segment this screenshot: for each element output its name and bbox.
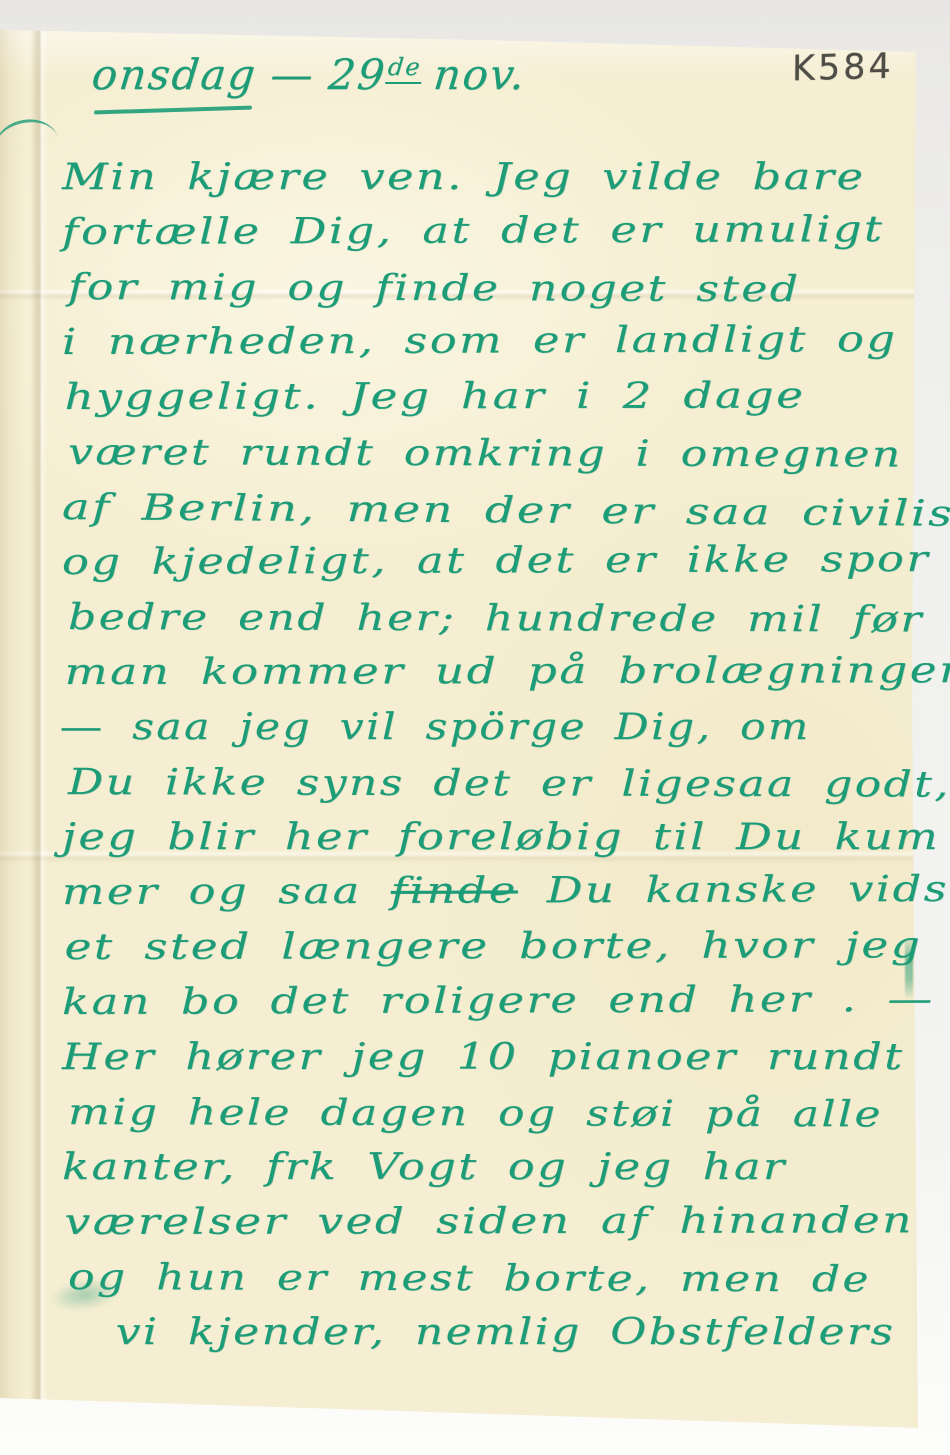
date-line: onsdag—29denov. — [89, 50, 529, 101]
letter-line: Du ikke syns det er ligesaa godt, — [68, 755, 950, 813]
letter-line: mer og saa finde Du kanske vidste — [62, 861, 950, 920]
date-number: 29 — [326, 50, 389, 99]
letter-line: i nærheden, som er landligt og — [62, 311, 950, 370]
letter-line: jeg blir her foreløbig til Du kum = — [62, 810, 950, 865]
letter-line: og hun er mest borte, men de — [68, 1250, 950, 1308]
date-month: nov. — [431, 50, 529, 99]
letter-line: Her hører jeg 10 pianoer rundt — [62, 1030, 950, 1085]
date-day: onsdag — [89, 50, 259, 101]
letter-line: hyggeligt. Jeg har i 2 dage — [64, 368, 950, 425]
date-ordinal-suffix: de — [385, 53, 424, 84]
letter-scan: K584 onsdag—29denov. Min kjære ven. Jeg … — [0, 0, 950, 1455]
catalog-number: K584 — [792, 47, 894, 90]
letter-line: Min kjære ven. Jeg vilde bare — [62, 150, 950, 205]
letter-line: været rundt omkring i omegnen — [68, 425, 950, 483]
letter-line: og kjedeligt, at det er ikke spor — [62, 531, 950, 590]
letter-line: et sted længere borte, hvor jeg — [64, 918, 950, 975]
letter-line: værelser ved siden af hinanden — [64, 1193, 950, 1250]
letter-line: kanter, frk Vogt og jeg har — [62, 1140, 950, 1195]
line-segment: Du kanske vidste — [518, 869, 950, 912]
letter-line: mig hele dagen og støi på alle — [68, 1085, 950, 1143]
line-segment: mer og saa — [62, 871, 391, 913]
letter-body: Min kjære ven. Jeg vilde barefortælle Di… — [62, 150, 922, 1360]
letter-line: vi kjender, nemlig Obstfelders — [116, 1305, 950, 1360]
letter-line: — saa jeg vil spörge Dig, om — [60, 700, 950, 755]
letter-line: kan bo det roligere end her . — — [62, 971, 950, 1030]
letter-line: fortælle Dig, at det er umuligt — [62, 201, 950, 260]
letter-line: bedre end her; hundrede mil før — [68, 590, 950, 648]
letter-line: man kommer ud på brolægningen — [64, 643, 950, 700]
struck-word: finde — [391, 870, 518, 911]
date-dash: — — [254, 50, 331, 99]
letter-line: for mig og finde noget sted — [68, 260, 950, 318]
